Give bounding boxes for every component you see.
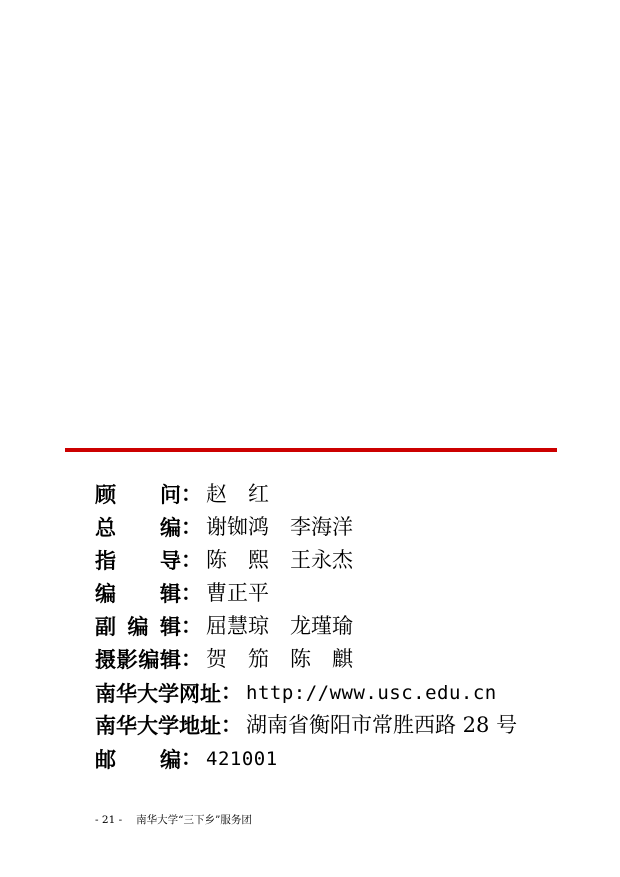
credit-label: 总 编	[95, 511, 181, 544]
credit-value: 曹正平	[202, 581, 269, 605]
credit-row-advisor: 顾 问：赵 红	[95, 477, 517, 510]
credit-row-instructor: 指 导：陈 熙 王永杰	[95, 543, 517, 576]
credit-label: 邮 编	[95, 743, 181, 776]
footer-organization: 南华大学“三下乡”服务团	[136, 814, 252, 826]
credit-row-postcode: 邮 编：421001	[95, 741, 517, 774]
credit-label: 南华大学地址	[95, 709, 221, 742]
credit-row-website: 南华大学网址：http://www.usc.edu.cn	[95, 675, 517, 708]
credit-value: 陈 熙 王永杰	[202, 548, 353, 572]
credit-colon: ：	[181, 580, 202, 605]
credit-value: 屈慧琼 龙瑾瑜	[202, 614, 353, 638]
credit-label: 编 辑	[95, 577, 181, 610]
credit-colon: ：	[181, 547, 202, 572]
credit-row-chief-editor: 总 编：谢铷鸿 李海洋	[95, 510, 517, 543]
document-page: 顾 问：赵 红 总 编：谢铷鸿 李海洋 指 导：陈 熙 王永杰 编 辑：曹正平 …	[0, 0, 620, 877]
credit-colon: ：	[221, 679, 242, 704]
credit-label: 指 导	[95, 544, 181, 577]
credit-colon: ：	[181, 514, 202, 539]
credit-colon: ：	[181, 613, 202, 638]
credit-label: 南华大学网址	[95, 677, 221, 710]
credit-row-address: 南华大学地址：湖南省衡阳市常胜西路 28 号	[95, 708, 517, 741]
credit-label: 顾 问	[95, 478, 181, 511]
credit-value: 贺 笳 陈 麒	[202, 647, 353, 671]
credit-row-editor: 编 辑：曹正平	[95, 576, 517, 609]
credit-value: 赵 红	[202, 482, 269, 506]
university-address: 湖南省衡阳市常胜西路 28 号	[242, 713, 517, 737]
credit-colon: ：	[181, 481, 202, 506]
postcode-value: 421001	[202, 748, 278, 770]
credit-value: 谢铷鸿 李海洋	[202, 515, 353, 539]
credit-row-deputy-editor: 副 编 辑：屈慧琼 龙瑾瑜	[95, 609, 517, 642]
red-divider-line	[65, 448, 557, 452]
credits-block: 顾 问：赵 红 总 编：谢铷鸿 李海洋 指 导：陈 熙 王永杰 编 辑：曹正平 …	[95, 477, 517, 774]
credit-label: 副 编 辑	[95, 610, 181, 643]
university-url: http://www.usc.edu.cn	[242, 682, 497, 704]
page-number: - 21 -	[95, 814, 122, 826]
credit-row-photo-editor: 摄影编辑：贺 笳 陈 麒	[95, 642, 517, 675]
credit-colon: ：	[221, 712, 242, 737]
credit-colon: ：	[181, 745, 202, 770]
credit-label: 摄影编辑	[95, 643, 181, 676]
credit-colon: ：	[181, 646, 202, 671]
page-footer: - 21 -南华大学“三下乡”服务团	[95, 812, 252, 828]
